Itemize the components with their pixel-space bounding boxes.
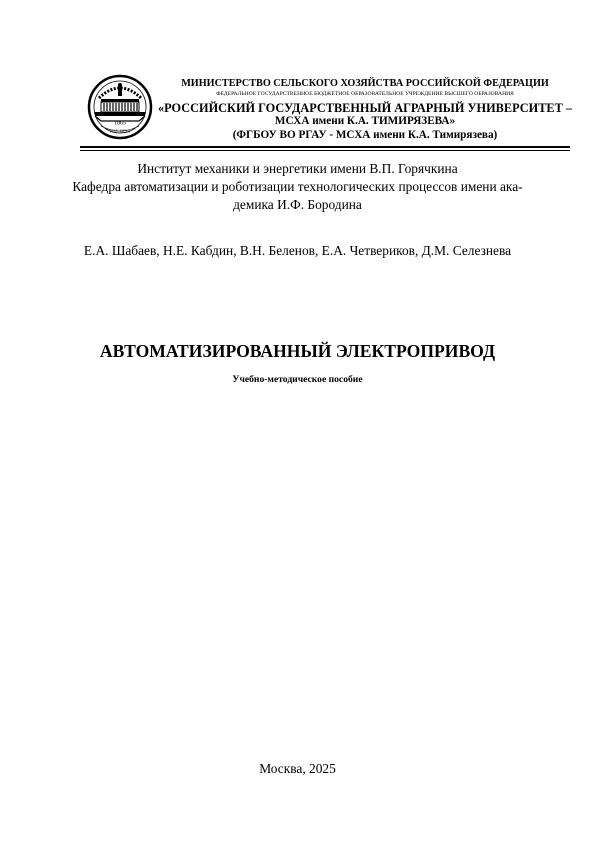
institution-type: ФЕДЕРАЛЬНОЕ ГОСУДАРСТВЕННОЕ БЮДЖЕТНОЕ ОБ…	[150, 91, 580, 97]
document-subtitle: Учебно-методическое пособие	[40, 374, 555, 385]
ministry-name: МИНИСТЕРСТВО СЕЛЬСКОГО ХОЗЯЙСТВА РОССИЙС…	[150, 78, 580, 89]
city-year: Москва, 2025	[40, 761, 555, 777]
authors: Е.А. Шабаев, Н.Е. Кабдин, В.Н. Беленов, …	[40, 243, 555, 259]
university-name-line2: МСХА имени К.А. ТИМИРЯЗЕВА»	[150, 115, 580, 127]
header-divider-thick	[80, 146, 570, 148]
header-divider-thin	[80, 150, 570, 151]
document-title: АВТОМАТИЗИРОВАННЫЙ ЭЛЕКТРОПРИВОД	[40, 341, 555, 362]
university-short-name: (ФГБОУ ВО РГАУ - МСХА имени К.А. Тимиряз…	[150, 129, 580, 141]
svg-text:1865: 1865	[114, 121, 126, 127]
svg-text:РГАУ-МСХА: РГАУ-МСХА	[110, 130, 131, 134]
university-name-line1: «РОССИЙСКИЙ ГОСУДАРСТВЕННЫЙ АГРАРНЫЙ УНИ…	[150, 101, 580, 116]
department-name-line1: Кафедра автоматизации и роботизации техн…	[60, 179, 535, 195]
university-emblem-icon: 1865 РГАУ-МСХА	[87, 74, 153, 140]
institute-name: Институт механики и энергетики имени В.П…	[60, 161, 535, 177]
department-name-line2: демика И.Ф. Бородина	[60, 197, 535, 213]
